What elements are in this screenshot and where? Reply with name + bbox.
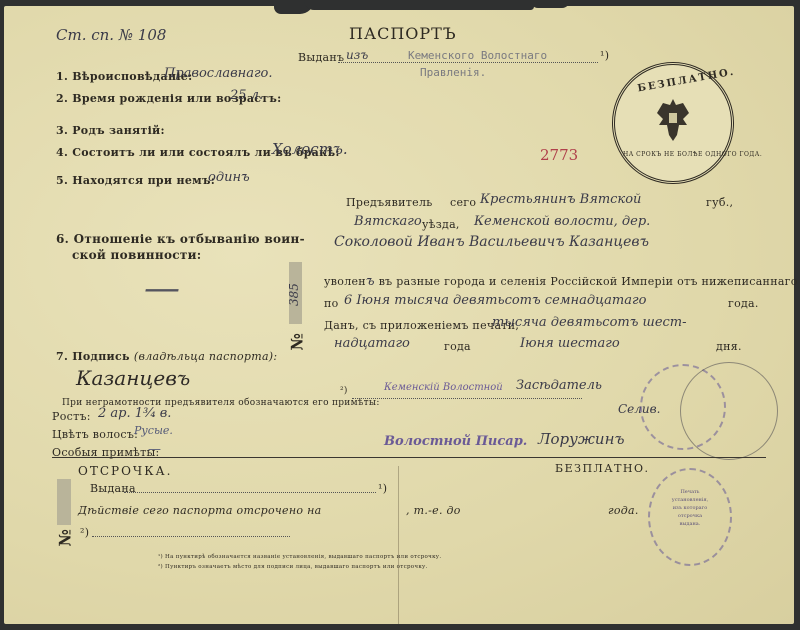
deferral-seal-text: Печать установленія, изъ котораго отсроч… — [650, 488, 730, 528]
deferral-until-label: , т.-е. до — [406, 504, 461, 517]
elder-stamp: Кеменскій Волостной — [384, 382, 503, 393]
height-label: Ростъ: — [52, 410, 91, 423]
free-stamp-bottom-text: НА СРОКЪ НЕ БОЛѢЕ ОДНОГО ГОДА. — [623, 151, 762, 158]
field-religion-value: Православнаго. — [164, 66, 273, 81]
deferral-side-label: № — [55, 529, 74, 547]
given-day-label: дня. — [716, 340, 742, 353]
deferral-validity-label: Дѣйствіе сего паспорта отсрочено на — [78, 504, 322, 517]
side-number-label: № — [287, 333, 306, 351]
passport-document: Ст. сп. № 108 ПАСПОРТЪ Выданъ изъ Кеменс… — [4, 6, 794, 624]
hair-label: Цвѣтъ волосъ: — [52, 428, 138, 441]
bearer-estate-value: Крестьянинъ Вятской — [480, 192, 641, 207]
issued-by-line — [338, 62, 598, 63]
double-eagle-icon — [653, 95, 693, 145]
signature-label: 7. Подпись (владѣльца паспорта): — [56, 350, 277, 363]
released-label: уволенъ въ разные города и селенія Россі… — [324, 274, 800, 289]
deferral-side-bar — [57, 479, 71, 525]
hair-value: Русые. — [134, 424, 173, 437]
until-date-value: 6 Іюня тысяча девятьсотъ семнадцатаго — [344, 293, 646, 308]
document-title: ПАСПОРТЪ — [349, 24, 457, 43]
until-label: по — [324, 297, 339, 310]
deferral-year-label: года. — [608, 504, 639, 517]
field-age-value: 25 л. — [230, 88, 263, 103]
registry-number: 2773 — [540, 146, 578, 164]
free-label: БЕЗПЛАТНО. — [555, 462, 650, 475]
side-number-value: 385 — [287, 283, 301, 306]
bearer-label: Предъявитель — [346, 196, 433, 209]
given-with-seal-label: Данъ, съ приложеніемъ печати, — [324, 319, 519, 332]
clerk-stamp: Волостной Писар. — [384, 434, 527, 449]
elder-title-hand: Засѣдатель — [516, 378, 602, 393]
deferral-seal: Печать установленія, изъ котораго отсроч… — [648, 468, 732, 566]
section-divider — [52, 457, 766, 458]
issued-by-stamp: Кеменского Волостнаго — [408, 49, 547, 62]
bearer-province-label: губ., — [706, 196, 733, 209]
deferral-sign-line — [92, 536, 290, 537]
bearer-name-value: Соколовой Иванъ Васильевичъ Казанцевъ — [334, 234, 649, 250]
deferral-title: ОТСРОЧКА. — [78, 464, 172, 478]
given-day-value: Іюня шестаго — [520, 336, 620, 351]
official-signature-line — [352, 398, 582, 399]
footnote-2: ²) Пунктиръ означаетъ мѣсто для подписи … — [158, 564, 428, 570]
given-year-value: тысяча девятьсотъ шест- — [492, 315, 687, 330]
until-year-label: года. — [728, 297, 759, 310]
volost-seal-outline — [680, 362, 778, 460]
deferral-issued-line — [124, 492, 376, 493]
given-year-label: года — [444, 340, 471, 353]
bearer-district-label: уѣзда, — [422, 218, 460, 231]
footnote-mark-1: ¹) — [600, 49, 609, 62]
military-label-line1: 6. Отношеніе къ отбыванію воин- — [56, 232, 305, 246]
field-dependents-label: 5. Находятся при немъ: — [56, 174, 215, 187]
torn-edge — [304, 0, 534, 10]
free-stamp: БЕЗПЛАТНО. НА СРОКЪ НЕ БОЛѢЕ ОДНОГО ГОДА… — [612, 62, 734, 184]
field-occupation-label: 3. Родъ занятій: — [56, 124, 165, 137]
torn-edge — [530, 0, 570, 8]
bearer-district-value: Вятскаго — [354, 214, 422, 229]
issued-by-stamp-line2: Правленія. — [420, 66, 486, 79]
fold-line — [398, 466, 399, 624]
field-married-value: Холостъ. — [272, 140, 348, 158]
height-value: 2 ар. 1³⁄₄ в. — [98, 406, 171, 421]
deferral-issued-mark: ¹) — [378, 482, 387, 495]
bearer-volost-value: Кеменской волости, дер. — [474, 214, 650, 229]
footnote-mark-2: ²) — [340, 386, 348, 396]
military-label-line2: ской повинности: — [72, 248, 202, 262]
deferral-sign-mark: ²) — [80, 526, 89, 539]
marks-value: — — [148, 442, 161, 457]
bearer-of-this: сего — [450, 196, 476, 209]
military-value: — — [144, 268, 180, 309]
given-year-value-cont: надцатаго — [334, 336, 410, 351]
free-stamp-top-text: БЕЗПЛАТНО. — [637, 66, 736, 94]
clerk-signature: Лоружинъ — [538, 430, 624, 448]
field-dependents-value: одинъ — [208, 170, 250, 185]
signature-value: Казанцевъ — [76, 366, 190, 390]
deferral-issued-label: Выдана — [90, 482, 136, 495]
series-number: Ст. сп. № 108 — [56, 26, 166, 44]
issued-by-hand: изъ — [346, 48, 368, 62]
